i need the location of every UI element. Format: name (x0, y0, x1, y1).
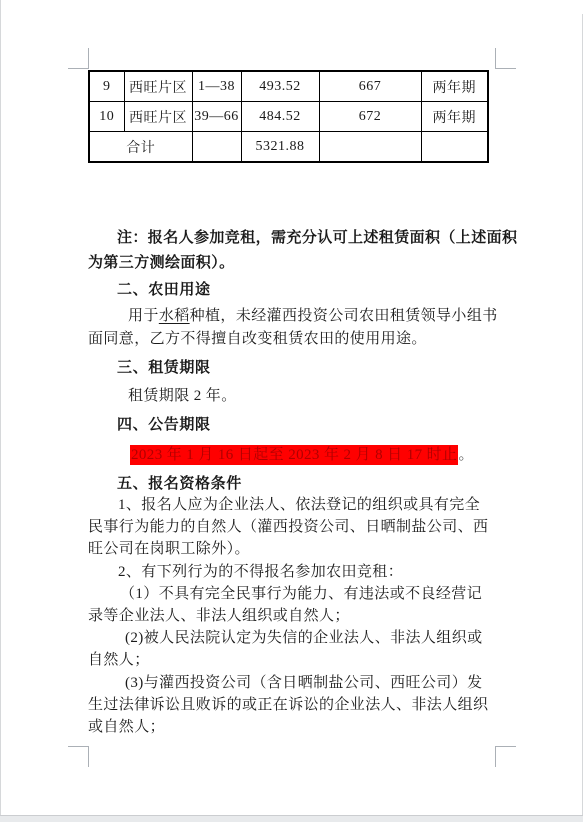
qualification-line: 自然人； (88, 649, 495, 671)
announcement-line: 2023 年 1 月 16 日起至 2023 年 2 月 8 日 17 时止。 (88, 444, 495, 466)
usage-line: 面同意，乙方不得擅自改变租赁农田的使用用途。 (88, 328, 495, 351)
qualification-line: 2、有下列行为的不得报名参加农田竞租： (88, 561, 495, 583)
cell-area-name: 西旺片区 (124, 71, 192, 102)
text-boundary-mark-top-right (495, 48, 516, 69)
announcement-period: 。 (458, 447, 473, 463)
section-heading-lease-term: 三、租赁期限 (88, 357, 524, 379)
qualification-line: 旺公司在岗职工除外）。 (88, 538, 495, 560)
section-heading-qualification: 五、报名资格条件 (88, 473, 524, 495)
section-heading-announcement: 四、公告期限 (88, 414, 524, 436)
document-page: 9 西旺片区 1—38 493.52 667 两年期 10 西旺片区 39—66… (0, 0, 583, 822)
qualification-line: 生过法律诉讼且败诉的或正在诉讼的企业法人、非法人组织 (88, 694, 495, 716)
usage-paragraph: 用于水稻种植，未经灌西投资公司农田租赁领导小组书 面同意，乙方不得擅自改变租赁农… (88, 305, 495, 351)
page-left-edge (0, 0, 1, 816)
qualification-paragraphs: 1、报名人应为企业法人、依法登记的组织或具有完全 民事行为能力的自然人（灌西投资… (88, 494, 495, 738)
usage-suffix: 种植，未经灌西投资公司农田租赁领导小组书 (190, 308, 498, 324)
section-heading-usage: 二、农田用途 (88, 279, 524, 301)
cell-term: 两年期 (421, 102, 488, 132)
cell-size: 484.52 (241, 102, 319, 132)
cell-count: 667 (319, 71, 421, 102)
qualification-line: （1）不具有完全民事行为能力、有违法或不良经营记 (88, 583, 495, 605)
usage-crop-underlined: 水稻 (159, 308, 190, 324)
usage-line: 用于水稻种植，未经灌西投资公司农田租赁领导小组书 (88, 305, 495, 328)
qualification-line: 1、报名人应为企业法人、依法登记的组织或具有完全 (88, 494, 495, 516)
cell-size: 493.52 (241, 71, 319, 102)
page-bottom-gap (0, 815, 583, 822)
cell-plot-range: 1—38 (192, 71, 241, 102)
table-row: 9 西旺片区 1—38 493.52 667 两年期 (89, 71, 488, 102)
qualification-line: 录等企业法人、非法人组织或自然人； (88, 605, 495, 627)
cell-area-name: 西旺片区 (124, 102, 192, 132)
note-paragraph: 注：报名人参加竞租，需充分认可上述租赁面积（上述面积 为第三方测绘面积）。 (88, 226, 495, 276)
lease-term-paragraph: 租赁期限 2 年。 (88, 385, 495, 407)
cell-plot-range: 39—66 (192, 102, 241, 132)
announcement-paragraph: 2023 年 1 月 16 日起至 2023 年 2 月 8 日 17 时止。 (88, 444, 495, 466)
table-total-row: 合计 5321.88 (89, 132, 488, 163)
cell-term: 两年期 (421, 71, 488, 102)
usage-prefix: 用于 (128, 308, 159, 324)
text-boundary-mark-bottom-right (495, 746, 516, 767)
cell-count: 672 (319, 102, 421, 132)
note-line: 注：报名人参加竞租，需充分认可上述租赁面积（上述面积 (88, 226, 495, 251)
cell-total-size: 5321.88 (241, 132, 319, 163)
qualification-line: 或自然人； (88, 716, 495, 738)
text-boundary-mark-bottom-left (68, 746, 89, 767)
lease-plots-table: 9 西旺片区 1—38 493.52 667 两年期 10 西旺片区 39—66… (88, 70, 489, 163)
announcement-highlight: 2023 年 1 月 16 日起至 2023 年 2 月 8 日 17 时止 (130, 445, 458, 465)
cell-no: 10 (89, 102, 124, 132)
qualification-line: (3)与灌西投资公司（含日晒制盐公司、西旺公司）发 (88, 672, 495, 694)
lease-term-line: 租赁期限 2 年。 (88, 385, 495, 407)
qualification-line: (2)被人民法院认定为失信的企业法人、非法人组织或 (88, 627, 495, 649)
table-row: 10 西旺片区 39—66 484.52 672 两年期 (89, 102, 488, 132)
cell-no: 9 (89, 71, 124, 102)
text-boundary-mark-top-left (68, 48, 89, 69)
note-line: 为第三方测绘面积）。 (88, 251, 495, 276)
cell-empty (192, 132, 241, 163)
qualification-line: 民事行为能力的自然人（灌西投资公司、日晒制盐公司、西 (88, 516, 495, 538)
cell-empty (421, 132, 488, 163)
cell-total-label: 合计 (89, 132, 192, 163)
cell-empty (319, 132, 421, 163)
